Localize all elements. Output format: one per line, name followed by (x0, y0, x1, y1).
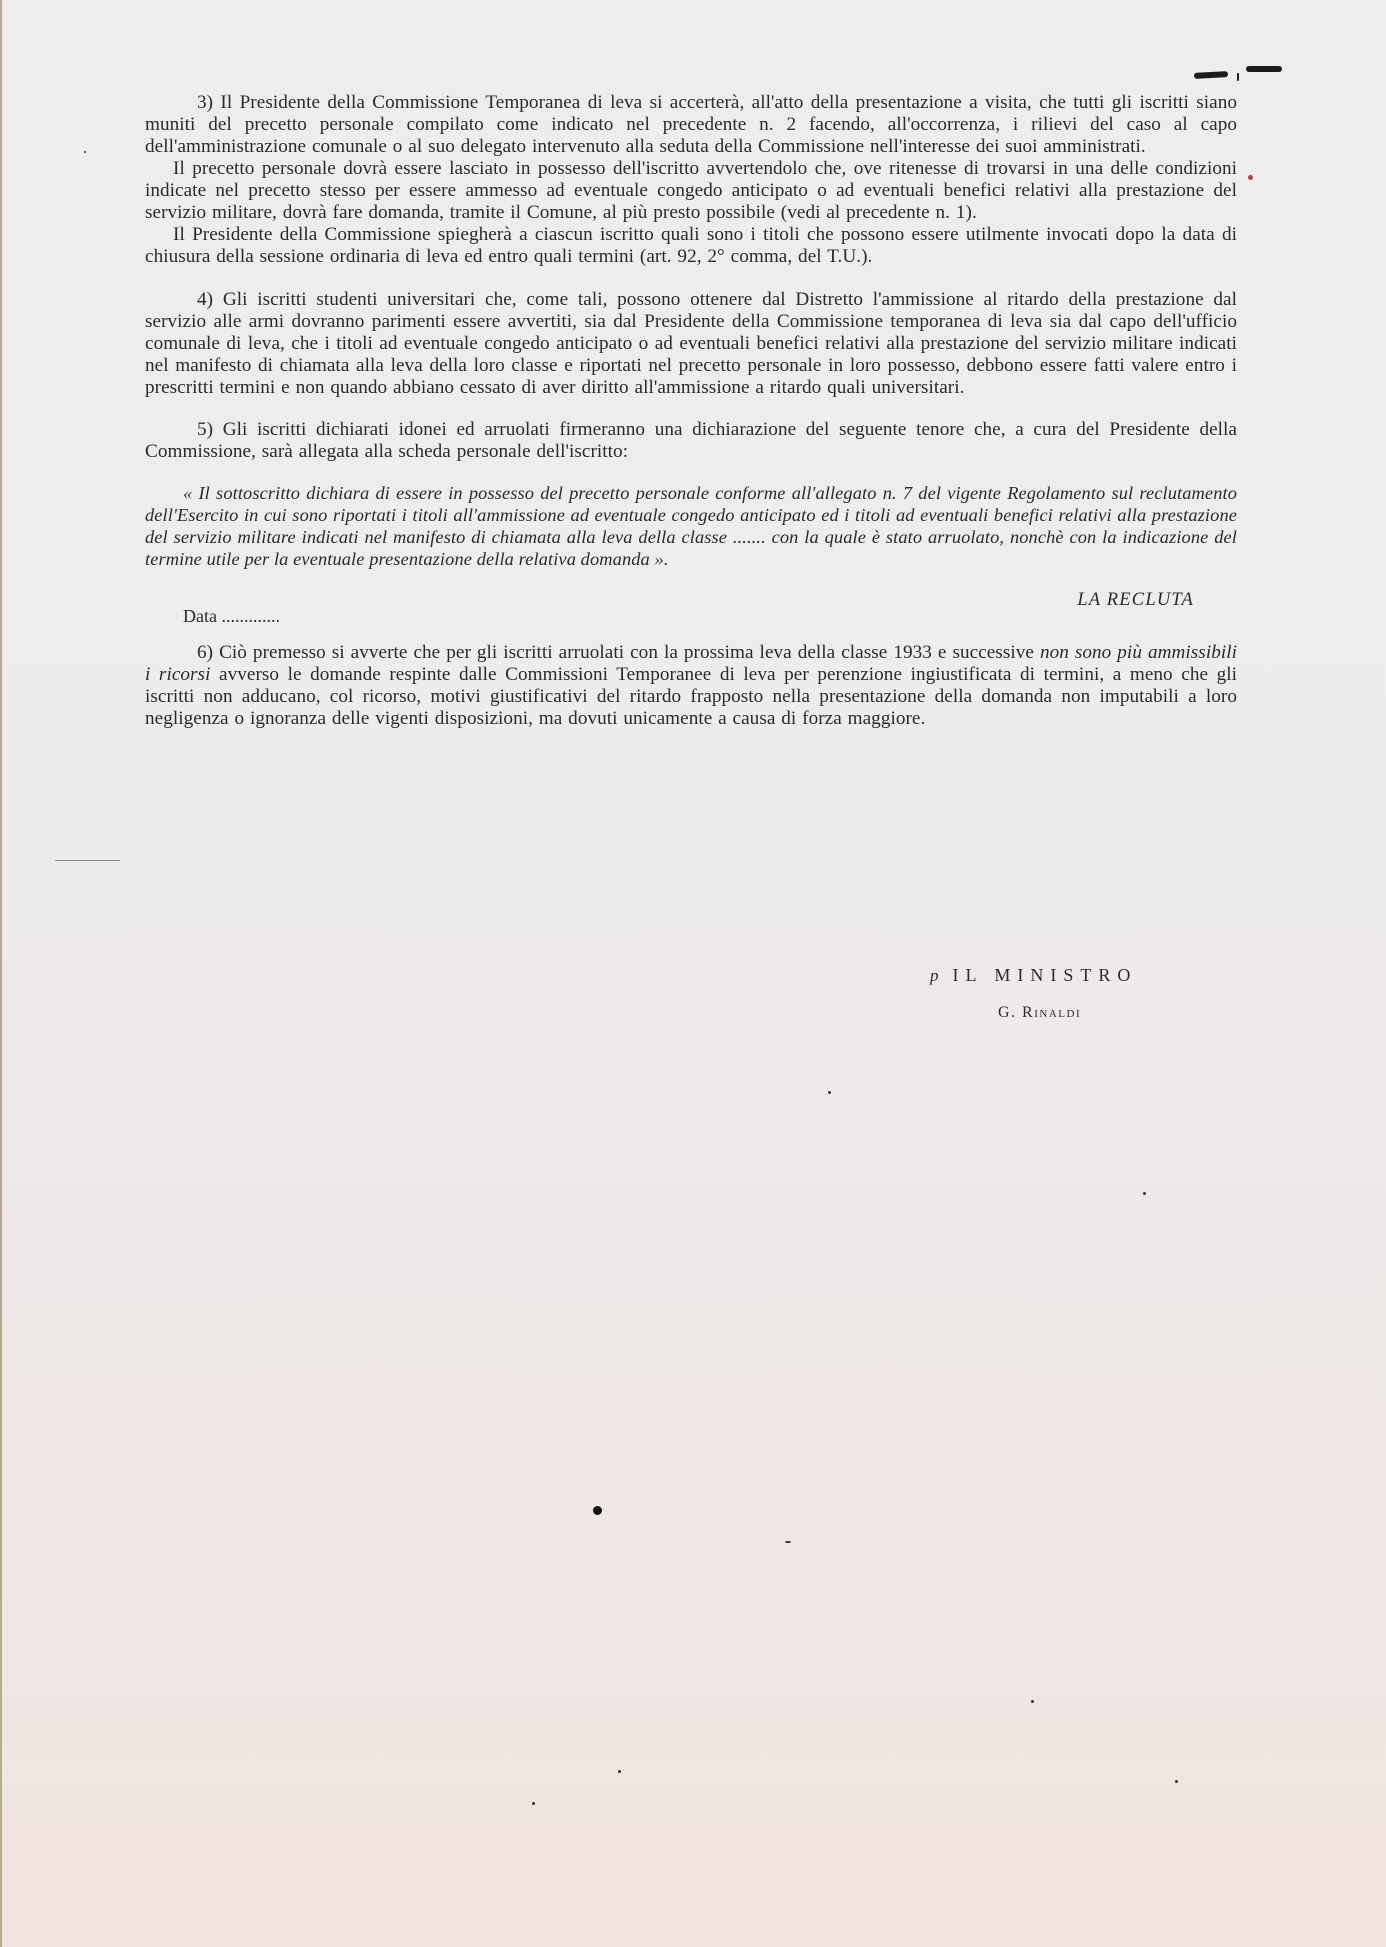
scan-edge (0, 0, 2, 1947)
declaration-quote: « Il sottoscritto dichiara di essere in … (145, 482, 1237, 570)
paragraph-4: 4) Gli iscritti studenti universitari ch… (145, 289, 1237, 399)
speck (1248, 175, 1253, 180)
speck (532, 1802, 535, 1805)
paragraph-3: 3) Il Presidente della Commissione Tempo… (145, 92, 1237, 158)
minister-signature: pIL MINISTRO (930, 965, 1137, 986)
speck (84, 151, 86, 153)
signature-row: Data ............. LA RECLUTA (145, 588, 1237, 632)
speck (1175, 1780, 1178, 1783)
paragraph-5: 5) Gli iscritti dichiarati idonei ed arr… (145, 419, 1237, 463)
date-field-label: Data ............. (183, 606, 280, 627)
paragraph-6-after: avverso le domande respinte dalle Commis… (145, 664, 1237, 729)
paragraph-6-before: 6) Ciò premesso si avverte che per gli i… (197, 642, 1040, 663)
per-prefix: p (930, 966, 939, 985)
top-right-mark-tick (1237, 73, 1239, 81)
speck (618, 1770, 621, 1773)
speck (828, 1091, 831, 1094)
speck (1031, 1700, 1034, 1703)
minister-name: G. Rinaldi (998, 1004, 1081, 1022)
speck (593, 1506, 602, 1515)
minister-title: IL MINISTRO (953, 965, 1138, 985)
top-right-mark-left (1194, 71, 1228, 79)
paragraph-3-titoli: Il Presidente della Commissione spiegher… (145, 224, 1237, 268)
paragraph-6: 6) Ciò premesso si avverte che per gli i… (145, 642, 1237, 730)
top-right-mark-right (1246, 66, 1282, 72)
fold-crease (55, 860, 120, 861)
speck (1143, 1192, 1146, 1195)
recruit-signature-label: LA RECLUTA (1077, 590, 1194, 611)
speck (785, 1541, 791, 1543)
document-body: 3) Il Presidente della Commissione Tempo… (145, 92, 1237, 730)
paragraph-3-precetto: Il precetto personale dovrà essere lasci… (145, 158, 1237, 224)
